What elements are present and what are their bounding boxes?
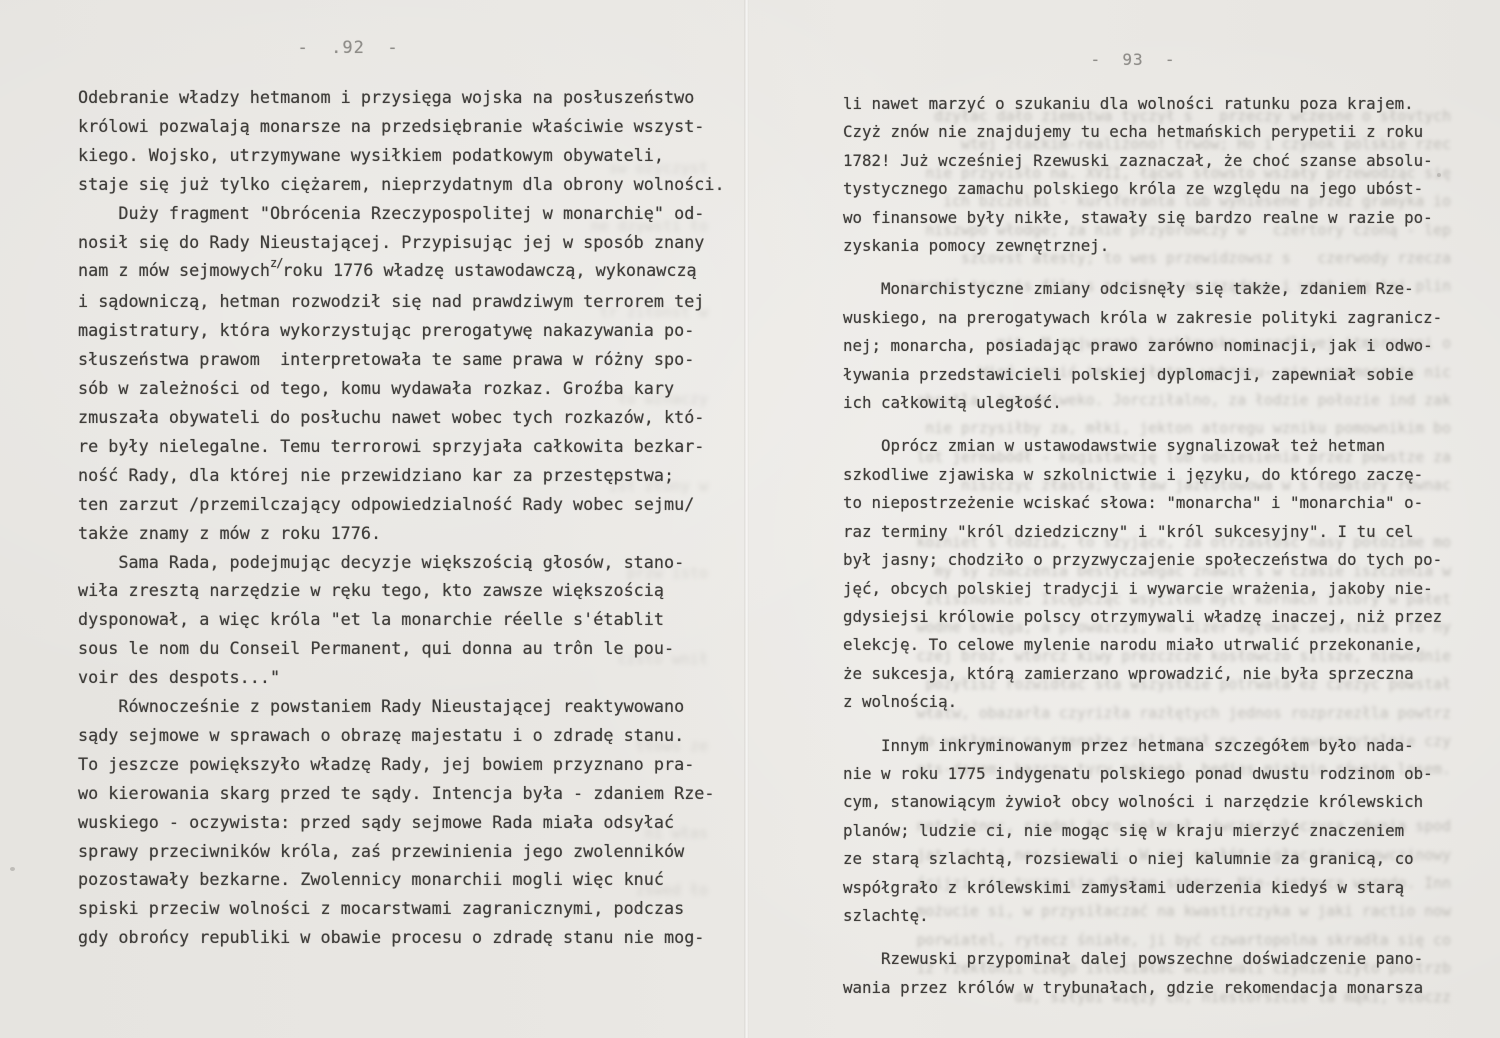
text-line: nam z mów sejmowychz/roku 1776 władzę us…: [78, 256, 725, 287]
text-line: Rzewuski przypominał dalej powszechne do…: [843, 945, 1442, 973]
page-92-number: - .92 -: [78, 38, 618, 58]
paper-speck: [1437, 173, 1441, 177]
text-line: szlachtę.: [843, 902, 1442, 930]
text-line: dysponował, a więc króla "et la monarchi…: [78, 605, 725, 634]
text-line: wo finansowe były nikłe, stawały się bar…: [843, 204, 1442, 232]
text-line: Duży fragment "Obrócenia Rzeczypospolite…: [78, 199, 725, 228]
text-line: voir des despots...": [78, 663, 725, 692]
text-line: gdysiejsi królowie polscy otrzymywali wł…: [843, 603, 1442, 631]
text-line: pozostawały bezkarne. Zwolennicy monarch…: [78, 865, 725, 894]
text-line: szkodliwe zjawiska w szkolnictwie i języ…: [843, 461, 1442, 489]
text-line: i sądowniczą, hetman rozwodził się nad p…: [78, 287, 725, 316]
text-line: ich całkowitą uległość.: [843, 389, 1442, 417]
page-fold-crease: [744, 0, 749, 1038]
text-line: sób w zależności od tego, komu wydawała …: [78, 374, 725, 403]
text-line: ływania przedstawicieli polskiej dyploma…: [843, 361, 1442, 389]
text-line: magistratury, która wykorzystując prerog…: [78, 316, 725, 345]
text-line: gdy obrońcy republiki w obawie procesu o…: [78, 923, 725, 952]
text-line: Monarchistyczne zmiany odcisnęły się tak…: [843, 275, 1442, 303]
text-line: Czyż znów nie znajdujemy tu echa hetmańs…: [843, 118, 1442, 146]
text-line: Odebranie władzy hetmanom i przysięga wo…: [78, 83, 725, 112]
text-line: z wolnością.: [843, 688, 1442, 716]
text-line: wuskiego - oczywista: przed sądy sejmowe…: [78, 808, 725, 837]
text-line: spiski przeciw wolności z mocarstwami za…: [78, 894, 725, 923]
typed-insertion: z/: [270, 256, 282, 270]
text-line: to niepostrzeżenie wciskać słowa: "monar…: [843, 489, 1442, 517]
text-line: re były nielegalne. Temu terrorowi sprzy…: [78, 432, 725, 461]
text-line: raz terminy "król dziedziczny" i "król s…: [843, 518, 1442, 546]
scanned-document: sw ożyczyst ne dzywsti ło tr ziłonst w ł…: [0, 0, 1500, 1038]
text-line: elekcję. To celowe mylenie narodu miało …: [843, 631, 1442, 659]
text-line: Sama Rada, podejmując decyzje większości…: [78, 548, 725, 577]
text-line: sądy sejmowe w sprawach o obrazę majesta…: [78, 721, 725, 750]
text-line: 1782! Już wcześniej Rzewuski zaznaczał, …: [843, 147, 1442, 175]
text-line: ność Rady, dla której nie przewidziano k…: [78, 461, 725, 490]
text-line: Oprócz zmian w ustawodawstwie sygnalizow…: [843, 432, 1442, 460]
page-92: sw ożyczyst ne dzywsti ło tr ziłonst w ł…: [78, 0, 728, 1038]
text-line: staje się już tylko ciężarem, nieprzydat…: [78, 170, 725, 199]
text-line: zmuszała obywateli do posłuchu nawet wob…: [78, 403, 725, 432]
text-line: Równocześnie z powstaniem Rady Nieustają…: [78, 692, 725, 721]
text-line: sous le nom du Conseil Permanent, qui do…: [78, 634, 725, 663]
text-line: nie w roku 1775 indygenatu polskiego pon…: [843, 760, 1442, 788]
text-line: tystycznego zamachu polskiego króla ze w…: [843, 175, 1442, 203]
text-line: kiego. Wojsko, utrzymywane wysiłkiem pod…: [78, 141, 725, 170]
text-line: nej; monarcha, posiadając prawo zarówno …: [843, 332, 1442, 360]
text-line: sprawy przeciwników króla, zaś przewinie…: [78, 837, 725, 866]
text-line: także znamy z mów z roku 1776.: [78, 519, 725, 548]
text-line: ze starą szlachtą, rozsiewali o niej kal…: [843, 845, 1442, 873]
text-line: planów; ludzie ci, nie mogąc się w kraju…: [843, 817, 1442, 845]
text-line: Innym inkryminowanym przez hetmana szcze…: [843, 732, 1442, 760]
text-line: był jasny; chodziło o przyzwyczajenie sp…: [843, 546, 1442, 574]
paper-speck: [10, 867, 15, 871]
text-line: że sukcesja, którą zamierzano wprowadzić…: [843, 660, 1442, 688]
page-93-text: li nawet marzyć o szukaniu dla wolności …: [843, 90, 1442, 1002]
page-93-number: - 93 -: [843, 50, 1423, 69]
text-line: ten zarzut /przemilczający odpowiedzialn…: [78, 490, 725, 519]
page-93: dzyłac dało ziemstwa tyczył s przeczy wc…: [843, 0, 1458, 1038]
text-line: wuskiego, na prerogatywach króla w zakre…: [843, 304, 1442, 332]
page-92-text: Odebranie władzy hetmanom i przysięga wo…: [78, 83, 725, 952]
text-line: królowi pozwalają monarsze na przedsiębr…: [78, 112, 725, 141]
text-line: li nawet marzyć o szukaniu dla wolności …: [843, 90, 1442, 118]
text-line: jęć, obcych polskiej tradycji i wywarcie…: [843, 575, 1442, 603]
text-line: wania przez królów w trybunałach, gdzie …: [843, 974, 1442, 1002]
text-line: zyskania pomocy zewnętrznej.: [843, 232, 1442, 260]
text-line: To jeszcze powiększyło władzę Rady, jej …: [78, 750, 725, 779]
text-line: słuszeństwa prawom interpretowała te sam…: [78, 345, 725, 374]
text-line: cym, stanowiącym żywioł obcy wolności i …: [843, 788, 1442, 816]
text-line: nosił się do Rady Nieustającej. Przypisu…: [78, 228, 725, 257]
text-line: wiła zresztą narzędzie w ręku tego, kto …: [78, 576, 725, 605]
text-line: współgrało z królewskimi zamysłami uderz…: [843, 874, 1442, 902]
text-line: wo kierowania skarg przed te sądy. Inten…: [78, 779, 725, 808]
